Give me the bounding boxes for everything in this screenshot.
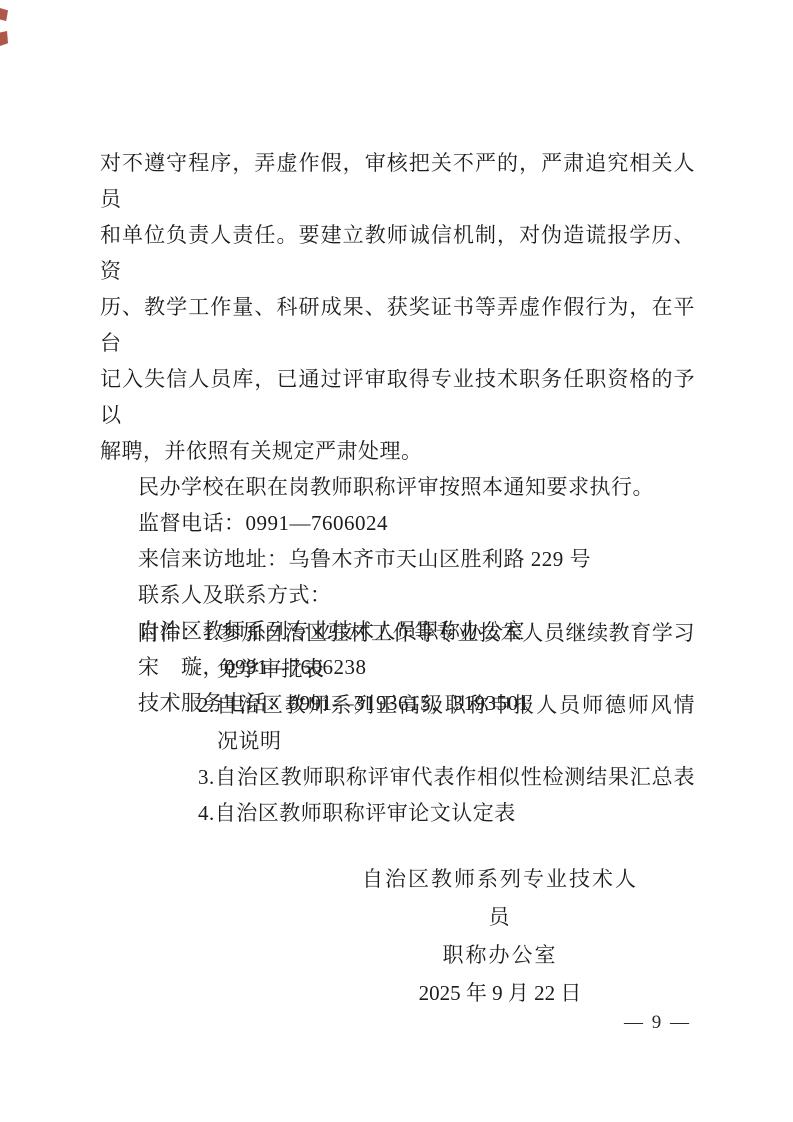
attachment-item-4: 4.自治区教师职称评审论文认定表 — [138, 795, 695, 831]
attachments-list: 附件：1.参加自治区驻村工作等专业技术人员继续教育学习 免学审批表 2.自治区教… — [138, 615, 695, 831]
note-line-contact-heading: 联系人及联系方式： — [100, 577, 695, 613]
signature-block: 自治区教师系列专业技术人员 职称办公室 2025 年 9 月 22 日 — [360, 860, 640, 1012]
note-line-mail-address: 来信来访地址：乌鲁木齐市天山区胜利路 229 号 — [100, 541, 695, 577]
red-edge-mark-top — [0, 8, 8, 21]
attachment-number: 1. — [203, 621, 220, 645]
attachment-item-1-continuation: 免学审批表 — [138, 651, 695, 687]
attachment-title: 自治区教师职称评审代表作相似性检测结果汇总表 — [215, 765, 695, 789]
attachment-item-2: 2.自治区教师系列正高级职称申报人员师德师风情 — [138, 687, 695, 723]
note-line-private-schools: 民办学校在职在岗教师职称评审按照本通知要求执行。 — [100, 469, 695, 505]
paragraph-line: 对不遵守程序，弄虚作假，审核把关不严的，严肃追究相关人员 — [100, 145, 695, 217]
paragraph-line: 记入失信人员库，已通过评审取得专业技术职务任职资格的予以 — [100, 361, 695, 433]
paragraph-line: 和单位负责人责任。要建立教师诚信机制，对伪造谎报学历、资 — [100, 217, 695, 289]
red-edge-mark-bottom — [0, 31, 8, 46]
attachment-item-1: 附件：1.参加自治区驻村工作等专业技术人员继续教育学习 — [138, 615, 695, 651]
document-page: 对不遵守程序，弄虚作假，审核把关不严的，严肃追究相关人员 和单位负责人责任。要建… — [0, 0, 793, 1122]
attachment-title: 自治区教师系列正高级职称申报人员师德师风情 — [215, 693, 695, 717]
attachment-number: 3. — [198, 765, 215, 789]
page-number: — 9 — — [624, 1012, 691, 1034]
signature-date: 2025 年 9 月 22 日 — [360, 974, 640, 1012]
paragraph-line: 解聘，并依照有关规定严肃处理。 — [100, 433, 695, 469]
attachment-number: 4. — [198, 801, 215, 825]
attachment-item-2-continuation: 况说明 — [138, 723, 695, 759]
attachment-item-3: 3.自治区教师职称评审代表作相似性检测结果汇总表 — [138, 759, 695, 795]
signature-org-line2: 职称办公室 — [360, 936, 640, 974]
attachment-number: 2. — [198, 693, 215, 717]
attachment-title: 自治区教师职称评审论文认定表 — [215, 801, 516, 825]
signature-org-line1: 自治区教师系列专业技术人员 — [360, 860, 640, 936]
attachment-title: 参加自治区驻村工作等专业技术人员继续教育学习 — [220, 621, 695, 645]
note-line-supervision-phone: 监督电话：0991—7606024 — [100, 505, 695, 541]
attachments-label: 附件： — [138, 621, 203, 645]
paragraph-line: 历、教学工作量、科研成果、获奖证书等弄虚作假行为，在平台 — [100, 289, 695, 361]
